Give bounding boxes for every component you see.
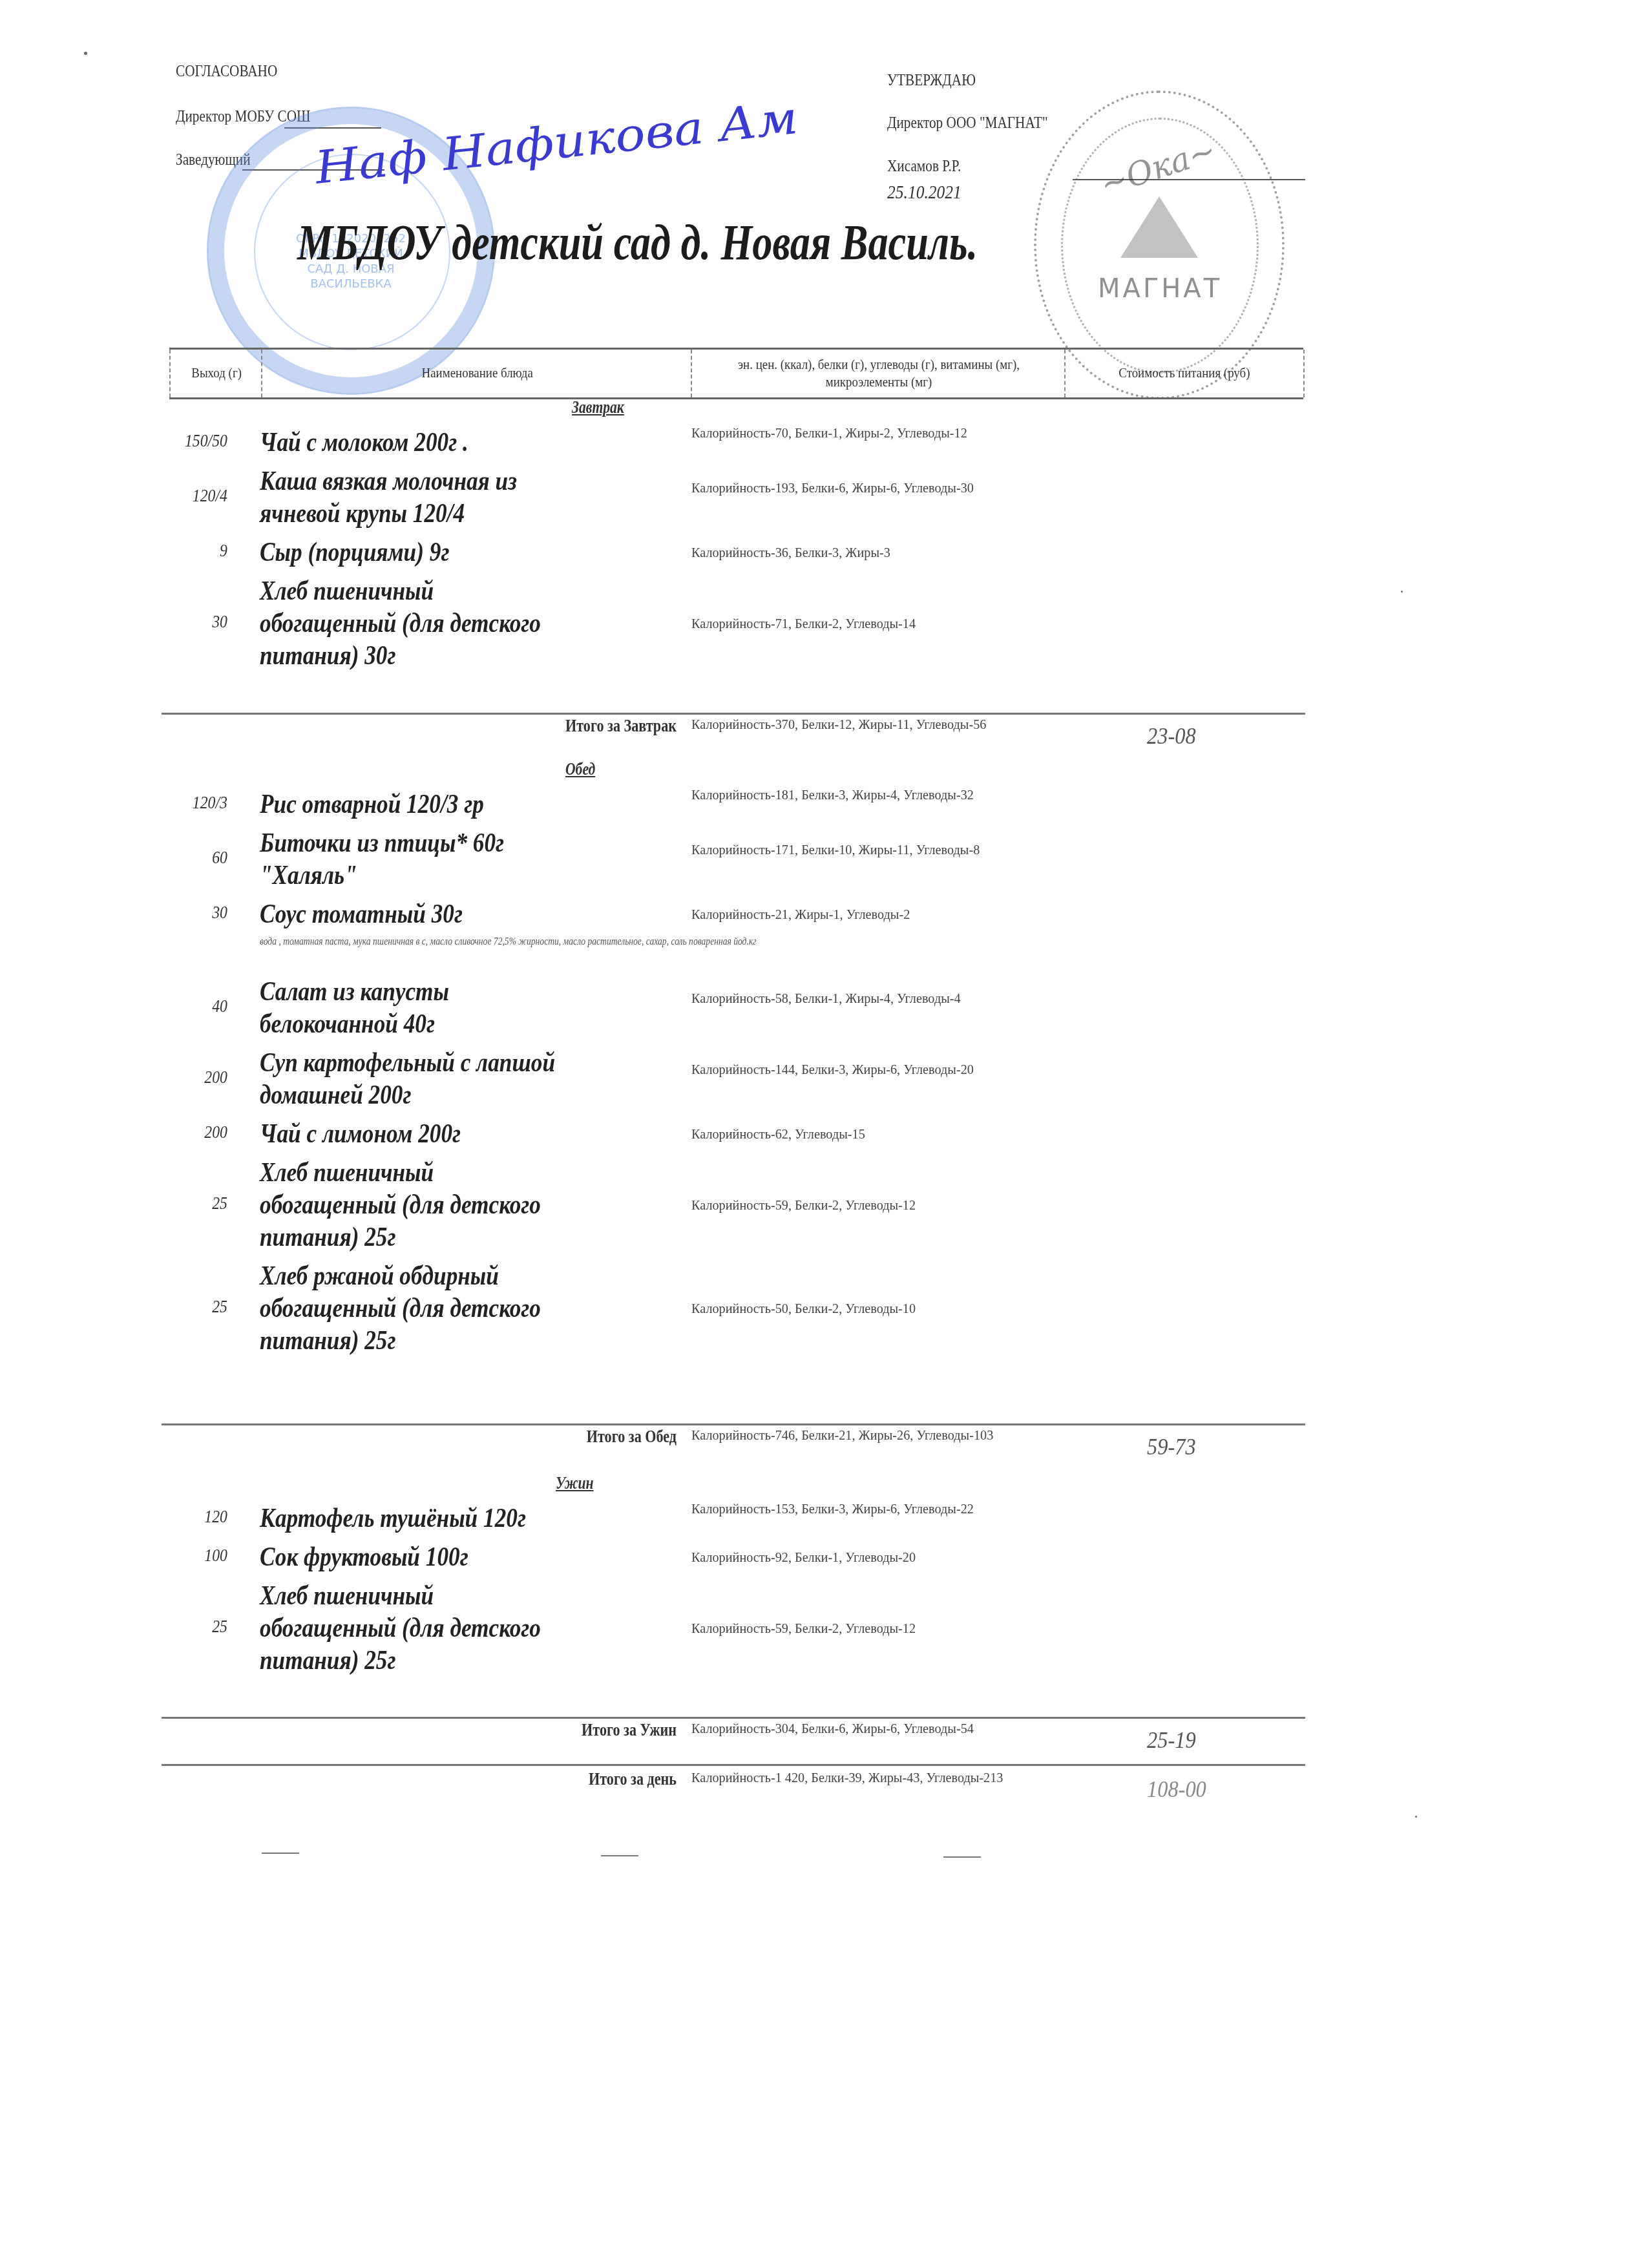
dish-yield: 200 <box>178 1067 228 1088</box>
dish-nutrition: Калорийность-144, Белки-3, Жиры-6, Углев… <box>691 1060 1048 1078</box>
approval-date: 25.10.2021 <box>887 183 961 202</box>
blank-line <box>601 1855 638 1856</box>
section-total-nutrition: Калорийность-304, Белки-6, Жиры-6, Углев… <box>691 1719 1048 1738</box>
section-total-nutrition: Калорийность-746, Белки-21, Жиры-26, Угл… <box>691 1425 1048 1444</box>
day-total-nutrition: Калорийность-1 420, Белки-39, Жиры-43, У… <box>691 1768 1048 1787</box>
section-total-label: Итого за Ужин <box>260 1720 677 1740</box>
dish-yield: 30 <box>178 903 228 923</box>
section-total-nutrition: Калорийность-370, Белки-12, Жиры-11, Угл… <box>691 715 1048 733</box>
section-title-1: Обед <box>565 759 595 779</box>
dish-name: Чай с молоком 200г . <box>260 426 572 459</box>
dish-yield: 120 <box>178 1507 228 1528</box>
table-row: 60Биточки из птицы* 60г "Халяль"Калорийн… <box>169 824 1303 895</box>
approved-label: УТВЕРЖДАЮ <box>887 72 976 89</box>
dish-name: Картофель тушёный 120г <box>260 1502 572 1535</box>
right-name: Хисамов Р.Р. <box>887 158 961 174</box>
col-nutrition: эн. цен. (ккал), белки (г), углеводы (г)… <box>691 350 1066 397</box>
table-row: 120Картофель тушёный 120гКалорийность-15… <box>169 1499 1303 1538</box>
dish-nutrition: Калорийность-181, Белки-3, Жиры-4, Углев… <box>691 785 1048 804</box>
scan-speck <box>1415 1816 1417 1818</box>
table-row: 30Соус томатный 30гКалорийность-21, Жиры… <box>169 895 1303 934</box>
dish-nutrition: Калорийность-59, Белки-2, Углеводы-12 <box>691 1195 1048 1214</box>
dish-yield: 60 <box>178 848 228 868</box>
mountain-logo-icon <box>1120 196 1198 258</box>
table-row: 100Сок фруктовый 100гКалорийность-92, Бе… <box>169 1538 1303 1577</box>
dish-yield: 150/50 <box>178 431 228 452</box>
section-total-label: Итого за Обед <box>260 1427 677 1447</box>
table-row: 120/4Каша вязкая молочная из ячневой кру… <box>169 462 1303 533</box>
dish-name: Соус томатный 30г <box>260 898 572 930</box>
section-total-cost: 25-19 <box>1147 1727 1196 1754</box>
table-row: 30Хлеб пшеничный обогащенный (для детско… <box>169 572 1303 675</box>
dish-yield: 100 <box>178 1546 228 1566</box>
dish-yield: 25 <box>178 1193 228 1214</box>
dish-yield: 200 <box>178 1122 228 1143</box>
table-row: 150/50Чай с молоком 200г .Калорийность-7… <box>169 423 1303 462</box>
dish-nutrition: Калорийность-50, Белки-2, Углеводы-10 <box>691 1299 1048 1318</box>
table-row: 200Суп картофельный с лапшой домашней 20… <box>169 1044 1303 1115</box>
dish-name: Чай с лимоном 200г <box>260 1118 572 1150</box>
dish-yield: 120/4 <box>178 486 228 507</box>
col-dish: Наименование блюда <box>261 350 692 397</box>
table-row: 200Чай с лимоном 200гКалорийность-62, Уг… <box>169 1115 1303 1153</box>
table-row: 25Хлеб пшеничный обогащенный (для детско… <box>169 1577 1303 1680</box>
dish-name: Биточки из птицы* 60г "Халяль" <box>260 827 572 892</box>
dish-yield: 120/3 <box>178 793 228 814</box>
dish-nutrition: Калорийность-70, Белки-1, Жиры-2, Углево… <box>691 423 1048 442</box>
section-title-0: Завтрак <box>572 397 624 417</box>
day-total-cost: 108-00 <box>1147 1776 1206 1803</box>
table-row: 25Хлеб пшеничный обогащенный (для детско… <box>169 1153 1303 1257</box>
stamp-brand: МАГНАТ <box>1098 274 1221 304</box>
dish-nutrition: Калорийность-21, Жиры-1, Углеводы-2 <box>691 905 1048 923</box>
section-total-label: Итого за Завтрак <box>260 716 677 736</box>
blank-line <box>943 1856 981 1858</box>
day-separator <box>162 1764 1305 1766</box>
right-position: Директор ООО "МАГНАТ" <box>887 115 1048 131</box>
dish-yield: 25 <box>178 1297 228 1318</box>
agreed-label: СОГЛАСОВАНО <box>176 63 277 79</box>
dish-name: Хлеб пшеничный обогащенный (для детского… <box>260 1157 572 1254</box>
dish-nutrition: Калорийность-153, Белки-3, Жиры-6, Углев… <box>691 1499 1048 1518</box>
scan-speck <box>1401 591 1403 593</box>
table-row: 40Салат из капусты белокочанной 40гКалор… <box>169 972 1303 1044</box>
dish-name: Суп картофельный с лапшой домашней 200г <box>260 1047 572 1111</box>
col-cost: Стоимость питания (руб) <box>1064 350 1305 397</box>
dish-yield: 9 <box>178 541 228 562</box>
dish-nutrition: Калорийность-58, Белки-1, Жиры-4, Углево… <box>691 989 1048 1007</box>
document-title: МБДОУ детский сад д. Новая Василь. <box>297 213 978 271</box>
day-total-label: Итого за день <box>260 1769 677 1789</box>
dish-nutrition: Калорийность-171, Белки-10, Жиры-11, Угл… <box>691 840 1048 859</box>
dish-name: Салат из капусты белокочанной 40г <box>260 976 572 1040</box>
dish-name: Сыр (порциями) 9г <box>260 536 572 569</box>
section-title-2: Ужин <box>556 1473 594 1493</box>
dish-nutrition: Калорийность-59, Белки-2, Углеводы-12 <box>691 1619 1048 1637</box>
dish-nutrition: Калорийность-193, Белки-6, Жиры-6, Углев… <box>691 478 1048 497</box>
section-total-cost: 23-08 <box>1147 722 1196 750</box>
handwritten-signature: Наф Нафикова Ам <box>313 91 801 194</box>
dish-nutrition: Калорийность-62, Углеводы-15 <box>691 1124 1048 1143</box>
table-row: 25Хлеб ржаной обдирный обогащенный (для … <box>169 1257 1303 1360</box>
dish-nutrition: Калорийность-36, Белки-3, Жиры-3 <box>691 543 1048 562</box>
blank-line <box>262 1853 299 1854</box>
dish-name: Каша вязкая молочная из ячневой крупы 12… <box>260 465 572 530</box>
table-row: 120/3Рис отварной 120/3 грКалорийность-1… <box>169 785 1303 824</box>
dish-nutrition: Калорийность-92, Белки-1, Углеводы-20 <box>691 1548 1048 1566</box>
dish-nutrition: Калорийность-71, Белки-2, Углеводы-14 <box>691 614 1048 633</box>
dish-name: Сок фруктовый 100г <box>260 1541 572 1573</box>
table-row: 9Сыр (порциями) 9гКалорийность-36, Белки… <box>169 533 1303 572</box>
dish-name: Хлеб пшеничный обогащенный (для детского… <box>260 575 572 672</box>
section-total-cost: 59-73 <box>1147 1433 1196 1460</box>
dish-ingredients-note: вода , томатная паста, мука пшеничная в … <box>260 934 991 950</box>
dish-yield: 40 <box>178 996 228 1017</box>
dish-yield: 25 <box>178 1617 228 1637</box>
scan-speck <box>84 52 87 55</box>
dish-yield: 30 <box>178 612 228 633</box>
dish-name: Хлеб пшеничный обогащенный (для детского… <box>260 1580 572 1677</box>
col-yield: Выход (г) <box>169 350 262 397</box>
dish-name: Рис отварной 120/3 гр <box>260 788 572 821</box>
dish-name: Хлеб ржаной обдирный обогащенный (для де… <box>260 1260 572 1357</box>
table-header: Выход (г) Наименование блюда эн. цен. (к… <box>169 348 1303 399</box>
